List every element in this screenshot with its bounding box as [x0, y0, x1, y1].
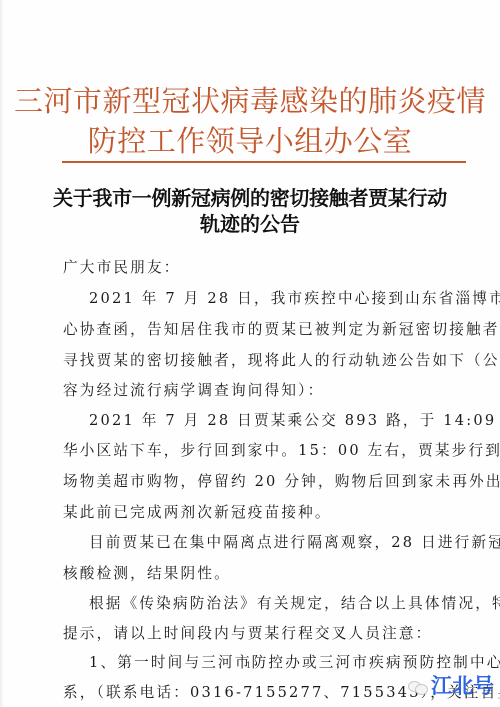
body-line: 某此前已完成两剂次新冠疫苗接种。: [63, 503, 440, 523]
body-line: 寻找贾某的密切接触者，现将此人的行动轨迹公告如下（公告内: [63, 351, 440, 371]
watermark: 江北号: [408, 674, 494, 698]
wechat-icon: [408, 679, 428, 693]
salutation: 广大市民朋友：: [63, 258, 440, 278]
body-line: 场物美超市购物，停留约 20 分钟，购物后回到家未再外出。贾: [63, 472, 440, 492]
page-number: 1: [246, 661, 251, 670]
document-page: 三河市新型冠状病毒感染的肺炎疫情 防控工作领导小组办公室 关于我市一例新冠病例的…: [0, 0, 500, 707]
body-line: 2021 年 7 月 28 日贾某乘公交 893 路，于 14:09 分在燕郊意: [89, 411, 440, 431]
org-title-line1: 三河市新型冠状病毒感染的肺炎疫情: [0, 81, 500, 121]
body-line: 2021 年 7 月 28 日，我市疾控中心接到山东省淄博市疾控中: [89, 289, 440, 309]
body-line: 提示，请以上时间段内与贾某行程交叉人员注意：: [63, 624, 440, 644]
red-header-rule: [62, 161, 466, 163]
notice-title-line2: 轨迹的公告: [0, 211, 500, 237]
body-line: 华小区站下车，步行回到家中。15：00 左右，贾某步行到明润广: [63, 441, 440, 461]
body-line: 1、第一时间与三河市防控办或三河市疾病预防控制中心联: [89, 653, 440, 673]
body-line: 目前贾某已在集中隔离点进行隔离观察，28 日进行新冠病毒: [89, 533, 440, 553]
body-line: 核酸检测，结果阴性。: [63, 564, 440, 584]
org-title-line2: 防控工作领导小组办公室: [0, 121, 500, 161]
watermark-text: 江北号: [431, 674, 494, 698]
body-line: 容为经过流行病学调查询问得知）：: [63, 381, 440, 401]
body-line: 心协查函，告知居住我市的贾某已被判定为新冠密切接触者。为: [63, 320, 440, 340]
body-line: 根据《传染病防治法》有关规定，结合以上具体情况，特此: [89, 594, 440, 614]
notice-title-line1: 关于我市一例新冠病例的密切接触者贾某行动: [0, 185, 500, 211]
body-line: 系，（联系电话：0316-7155277、7155343），关注自身健康状: [63, 683, 440, 703]
